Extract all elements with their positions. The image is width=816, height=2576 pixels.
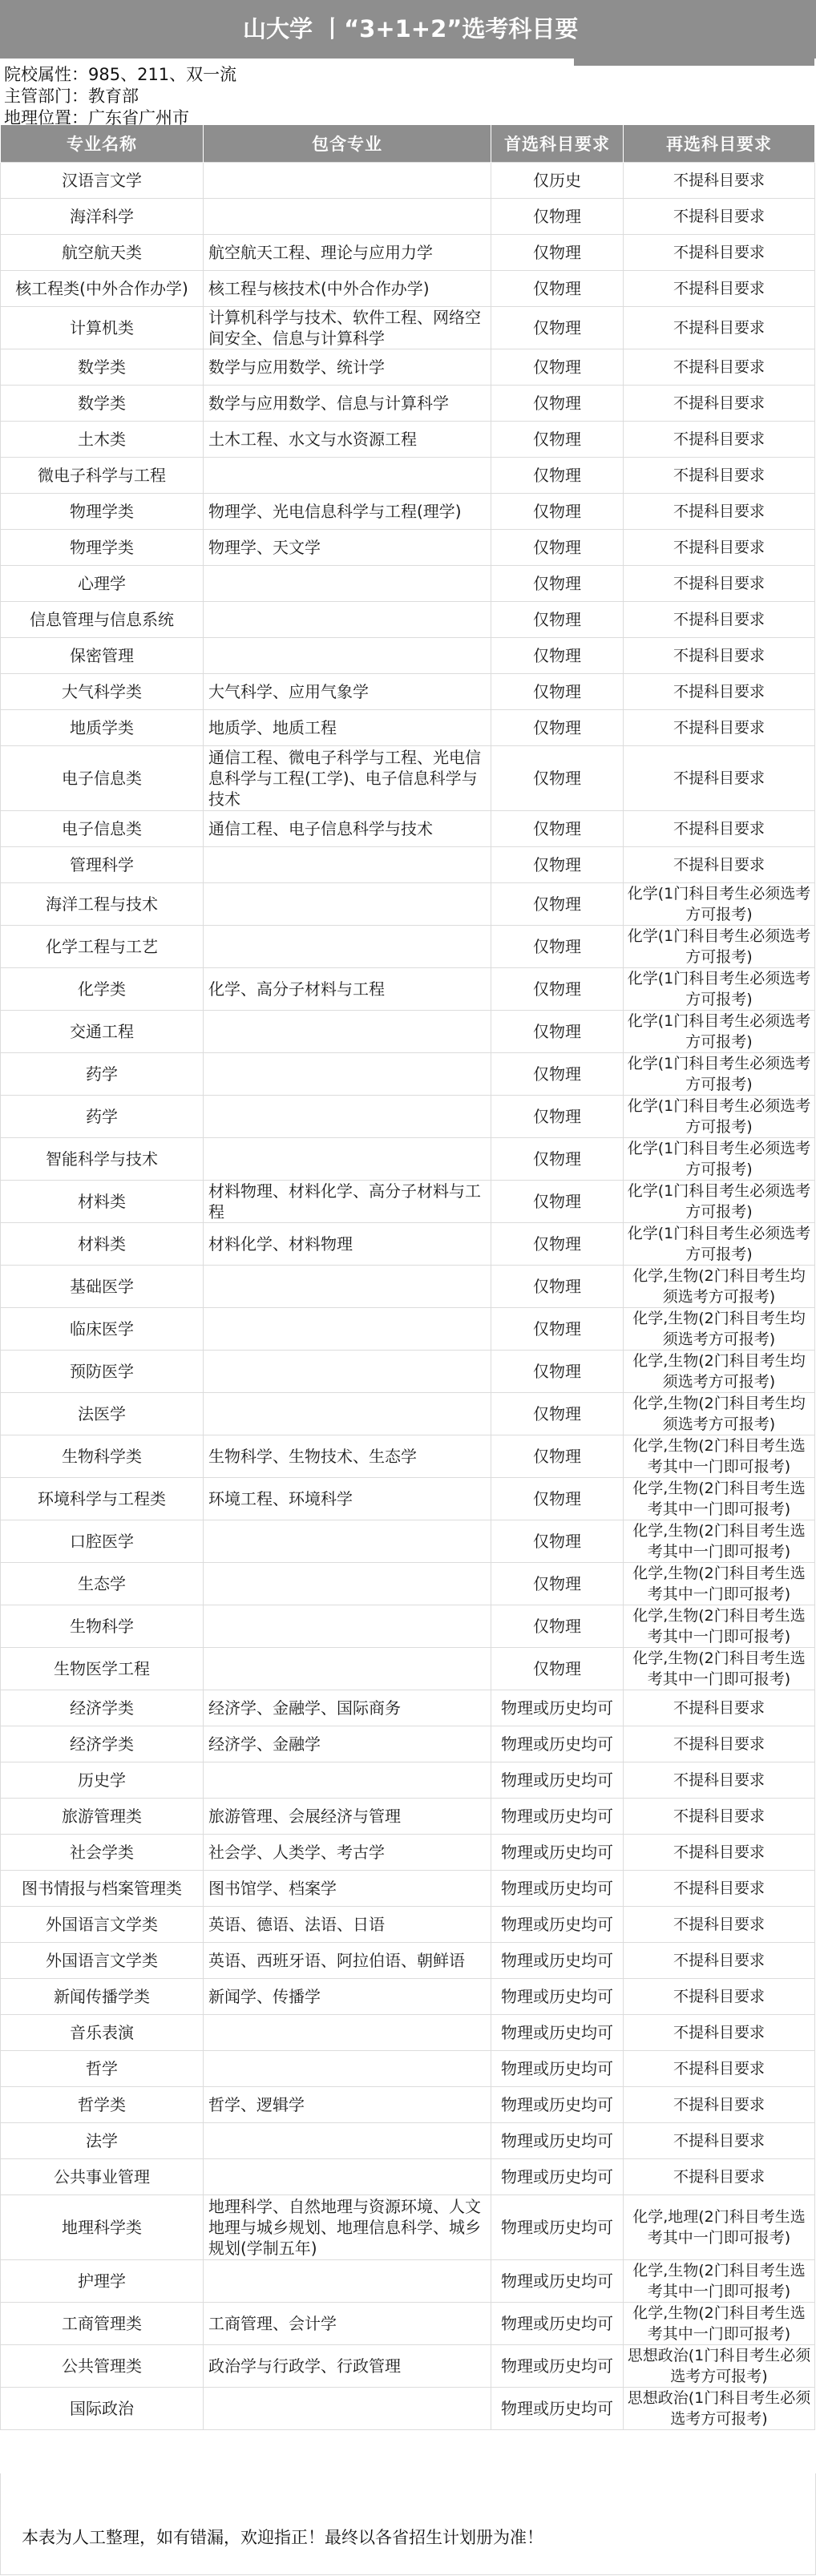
cell-first-subject: 仅物理: [491, 1563, 624, 1605]
cell-first-subject: 仅物理: [491, 1011, 624, 1053]
cell-first-subject: 仅物理: [491, 422, 624, 458]
cell-major-name: 物理学类: [1, 494, 204, 530]
cell-major-name: 音乐表演: [1, 2015, 204, 2051]
cell-major-name: 生物医学工程: [1, 1648, 204, 1690]
cell-major-name: 地理科学类: [1, 2195, 204, 2260]
table-row: 新闻传播学类新闻学、传播学物理或历史均可不提科目要求: [1, 1979, 815, 2015]
cell-included-majors: [204, 1053, 491, 1096]
table-row: 电子信息类通信工程、微电子科学与工程、光电信息科学与工程(工学)、电子信息科学与…: [1, 746, 815, 811]
cell-first-subject: 仅物理: [491, 566, 624, 602]
table-row: 环境科学与工程类环境工程、环境科学仅物理化学,生物(2门科目考生选考其中一门即可…: [1, 1478, 815, 1520]
cell-major-name: 材料类: [1, 1181, 204, 1223]
cell-first-subject: 物理或历史均可: [491, 1907, 624, 1943]
cell-first-subject: 仅物理: [491, 494, 624, 530]
cell-first-subject: 仅物理: [491, 1605, 624, 1648]
cell-major-name: 公共管理类: [1, 2345, 204, 2388]
cell-second-subject: 不提科目要求: [624, 1690, 815, 1726]
table-row: 外国语言文学类英语、西班牙语、阿拉伯语、朝鲜语物理或历史均可不提科目要求: [1, 1943, 815, 1979]
cell-included-majors: 材料物理、材料化学、高分子材料与工程: [204, 1181, 491, 1223]
cell-first-subject: 物理或历史均可: [491, 1799, 624, 1835]
cell-major-name: 生物科学类: [1, 1435, 204, 1478]
cell-first-subject: 物理或历史均可: [491, 2195, 624, 2260]
cell-second-subject: 化学,生物(2门科目考生均须选考方可报考): [624, 1393, 815, 1435]
cell-second-subject: 不提科目要求: [624, 1726, 815, 1762]
cell-major-name: 大气科学类: [1, 674, 204, 710]
cell-second-subject: 化学,生物(2门科目考生选考其中一门即可报考): [624, 1605, 815, 1648]
cell-second-subject: 不提科目要求: [624, 1762, 815, 1799]
cell-major-name: 地质学类: [1, 710, 204, 746]
cell-major-name: 生态学: [1, 1563, 204, 1605]
cell-second-subject: 不提科目要求: [624, 566, 815, 602]
cell-major-name: 经济学类: [1, 1726, 204, 1762]
cell-major-name: 临床医学: [1, 1308, 204, 1351]
cell-first-subject: 仅物理: [491, 1648, 624, 1690]
cell-major-name: 药学: [1, 1053, 204, 1096]
table-row: 物理学类物理学、光电信息科学与工程(理学)仅物理不提科目要求: [1, 494, 815, 530]
cell-first-subject: 仅物理: [491, 1308, 624, 1351]
cell-included-majors: 工商管理、会计学: [204, 2303, 491, 2345]
cell-first-subject: 物理或历史均可: [491, 1835, 624, 1871]
cell-second-subject: 化学,生物(2门科目考生选考其中一门即可报考): [624, 1648, 815, 1690]
cell-included-majors: [204, 199, 491, 235]
table-row: 地理科学类地理科学、自然地理与资源环境、人文地理与城乡规划、地理信息科学、城乡规…: [1, 2195, 815, 2260]
cell-included-majors: [204, 1605, 491, 1648]
cell-included-majors: [204, 1266, 491, 1308]
table-row: 材料类材料物理、材料化学、高分子材料与工程仅物理化学(1门科目考生必须选考方可报…: [1, 1181, 815, 1223]
cell-first-subject: 仅物理: [491, 1435, 624, 1478]
cell-first-subject: 仅物理: [491, 926, 624, 968]
cell-included-majors: 数学与应用数学、信息与计算科学: [204, 386, 491, 422]
page-title: 山大学 丨“3+1+2”选考科目要: [243, 0, 575, 59]
cell-second-subject: 化学(1门科目考生必须选考方可报考): [624, 883, 815, 926]
table-row: 计算机类计算机科学与技术、软件工程、网络空间安全、信息与计算科学仅物理不提科目要…: [1, 307, 815, 349]
cell-second-subject: 化学,生物(2门科目考生均须选考方可报考): [624, 1266, 815, 1308]
table-row: 工商管理类工商管理、会计学物理或历史均可化学,生物(2门科目考生选考其中一门即可…: [1, 2303, 815, 2345]
cell-first-subject: 仅物理: [491, 271, 624, 307]
cell-major-name: 电子信息类: [1, 746, 204, 811]
cell-second-subject: 思想政治(1门科目考生必须选考方可报考): [624, 2388, 815, 2430]
cell-included-majors: [204, 847, 491, 883]
cell-first-subject: 仅物理: [491, 1266, 624, 1308]
table-row: 物理学类物理学、天文学仅物理不提科目要求: [1, 530, 815, 566]
table-row: 哲学物理或历史均可不提科目要求: [1, 2051, 815, 2087]
table-row: 保密管理仅物理不提科目要求: [1, 638, 815, 674]
cell-first-subject: 仅物理: [491, 1138, 624, 1181]
table-row: 药学仅物理化学(1门科目考生必须选考方可报考): [1, 1096, 815, 1138]
cell-included-majors: 哲学、逻辑学: [204, 2087, 491, 2123]
cell-first-subject: 物理或历史均可: [491, 2303, 624, 2345]
cell-second-subject: 思想政治(1门科目考生必须选考方可报考): [624, 2345, 815, 2388]
cell-second-subject: 不提科目要求: [624, 2015, 815, 2051]
cell-major-name: 智能科学与技术: [1, 1138, 204, 1181]
cell-first-subject: 物理或历史均可: [491, 2087, 624, 2123]
cell-included-majors: 政治学与行政学、行政管理: [204, 2345, 491, 2388]
cell-included-majors: 通信工程、电子信息科学与技术: [204, 811, 491, 847]
table-row: 生物医学工程仅物理化学,生物(2门科目考生选考其中一门即可报考): [1, 1648, 815, 1690]
table-row: 外国语言文学类英语、德语、法语、日语物理或历史均可不提科目要求: [1, 1907, 815, 1943]
cell-included-majors: [204, 1011, 491, 1053]
header-second-subject: 再选科目要求: [624, 125, 815, 163]
cell-included-majors: [204, 602, 491, 638]
cell-major-name: 经济学类: [1, 1690, 204, 1726]
table-row: 法医学仅物理化学,生物(2门科目考生均须选考方可报考): [1, 1393, 815, 1435]
table-row: 航空航天类航空航天工程、理论与应用力学仅物理不提科目要求: [1, 235, 815, 271]
table-row: 海洋科学仅物理不提科目要求: [1, 199, 815, 235]
cell-included-majors: [204, 163, 491, 199]
cell-included-majors: 物理学、天文学: [204, 530, 491, 566]
cell-second-subject: 不提科目要求: [624, 530, 815, 566]
cell-included-majors: [204, 1138, 491, 1181]
cell-major-name: 数学类: [1, 349, 204, 386]
header-first-subject: 首选科目要求: [491, 125, 624, 163]
cell-major-name: 核工程类(中外合作办学): [1, 271, 204, 307]
cell-major-name: 工商管理类: [1, 2303, 204, 2345]
footnote-text: 本表为人工整理，如有错漏，欢迎指正！最终以各省招生计划册为准！: [22, 2525, 543, 2549]
cell-second-subject: 不提科目要求: [624, 2159, 815, 2195]
table-row: 数学类数学与应用数学、信息与计算科学仅物理不提科目要求: [1, 386, 815, 422]
cell-second-subject: 不提科目要求: [624, 235, 815, 271]
table-row: 智能科学与技术仅物理化学(1门科目考生必须选考方可报考): [1, 1138, 815, 1181]
table-row: 数学类数学与应用数学、统计学仅物理不提科目要求: [1, 349, 815, 386]
cell-second-subject: 化学,生物(2门科目考生选考其中一门即可报考): [624, 1563, 815, 1605]
cell-major-name: 土木类: [1, 422, 204, 458]
cell-second-subject: 不提科目要求: [624, 494, 815, 530]
table-row: 经济学类经济学、金融学物理或历史均可不提科目要求: [1, 1726, 815, 1762]
cell-included-majors: 旅游管理、会展经济与管理: [204, 1799, 491, 1835]
cell-included-majors: 环境工程、环境科学: [204, 1478, 491, 1520]
cell-second-subject: 化学(1门科目考生必须选考方可报考): [624, 1011, 815, 1053]
cell-included-majors: 生物科学、生物技术、生态学: [204, 1435, 491, 1478]
cell-major-name: 海洋工程与技术: [1, 883, 204, 926]
table-row: 公共事业管理物理或历史均可不提科目要求: [1, 2159, 815, 2195]
cell-second-subject: 不提科目要求: [624, 2051, 815, 2087]
cell-first-subject: 仅物理: [491, 638, 624, 674]
cell-second-subject: 不提科目要求: [624, 847, 815, 883]
cell-included-majors: 数学与应用数学、统计学: [204, 349, 491, 386]
cell-included-majors: 物理学、光电信息科学与工程(理学): [204, 494, 491, 530]
cell-second-subject: 化学,生物(2门科目考生选考其中一门即可报考): [624, 2260, 815, 2303]
table-row: 土木类土木工程、水文与水资源工程仅物理不提科目要求: [1, 422, 815, 458]
table-row: 材料类材料化学、材料物理仅物理化学(1门科目考生必须选考方可报考): [1, 1223, 815, 1266]
cell-second-subject: 不提科目要求: [624, 602, 815, 638]
cell-included-majors: [204, 458, 491, 494]
cell-first-subject: 仅物理: [491, 968, 624, 1011]
cell-major-name: 化学工程与工艺: [1, 926, 204, 968]
table-row: 临床医学仅物理化学,生物(2门科目考生均须选考方可报考): [1, 1308, 815, 1351]
cell-first-subject: 物理或历史均可: [491, 2123, 624, 2159]
cell-first-subject: 仅物理: [491, 1053, 624, 1096]
cell-included-majors: [204, 566, 491, 602]
cell-first-subject: 仅物理: [491, 883, 624, 926]
cell-first-subject: 仅物理: [491, 602, 624, 638]
table-row: 药学仅物理化学(1门科目考生必须选考方可报考): [1, 1053, 815, 1096]
cell-major-name: 法学: [1, 2123, 204, 2159]
cell-second-subject: 不提科目要求: [624, 2087, 815, 2123]
cell-first-subject: 仅物理: [491, 1393, 624, 1435]
cell-second-subject: 不提科目要求: [624, 1907, 815, 1943]
cell-second-subject: 化学,生物(2门科目考生选考其中一门即可报考): [624, 1478, 815, 1520]
table-row: 管理科学仅物理不提科目要求: [1, 847, 815, 883]
cell-second-subject: 不提科目要求: [624, 386, 815, 422]
cell-major-name: 交通工程: [1, 1011, 204, 1053]
cell-major-name: 护理学: [1, 2260, 204, 2303]
table-row: 历史学物理或历史均可不提科目要求: [1, 1762, 815, 1799]
cell-included-majors: 新闻学、传播学: [204, 1979, 491, 2015]
table-row: 音乐表演物理或历史均可不提科目要求: [1, 2015, 815, 2051]
cell-included-majors: 核工程与核技术(中外合作办学): [204, 271, 491, 307]
header-major-name: 专业名称: [1, 125, 204, 163]
cell-included-majors: [204, 1096, 491, 1138]
cell-included-majors: [204, 2123, 491, 2159]
cell-first-subject: 仅物理: [491, 307, 624, 349]
cell-second-subject: 不提科目要求: [624, 1835, 815, 1871]
cell-major-name: 新闻传播学类: [1, 1979, 204, 2015]
cell-second-subject: 不提科目要求: [624, 1943, 815, 1979]
cell-second-subject: 化学,生物(2门科目考生选考其中一门即可报考): [624, 1435, 815, 1478]
cell-second-subject: 不提科目要求: [624, 746, 815, 811]
cell-first-subject: 物理或历史均可: [491, 1871, 624, 1907]
cell-first-subject: 物理或历史均可: [491, 2260, 624, 2303]
table-row: 生物科学仅物理化学,生物(2门科目考生选考其中一门即可报考): [1, 1605, 815, 1648]
table-row: 社会学类社会学、人类学、考古学物理或历史均可不提科目要求: [1, 1835, 815, 1871]
table-row: 图书情报与档案管理类图书馆学、档案学物理或历史均可不提科目要求: [1, 1871, 815, 1907]
table-row: 公共管理类政治学与行政学、行政管理物理或历史均可思想政治(1门科目考生必须选考方…: [1, 2345, 815, 2388]
cell-major-name: 口腔医学: [1, 1520, 204, 1563]
cell-included-majors: [204, 1648, 491, 1690]
table-row: 核工程类(中外合作办学)核工程与核技术(中外合作办学)仅物理不提科目要求: [1, 271, 815, 307]
cell-second-subject: 化学,地理(2门科目考生选考其中一门即可报考): [624, 2195, 815, 2260]
info-department: 主管部门：教育部: [4, 86, 236, 107]
cell-second-subject: 化学,生物(2门科目考生均须选考方可报考): [624, 1308, 815, 1351]
cell-major-name: 图书情报与档案管理类: [1, 1871, 204, 1907]
cell-second-subject: 不提科目要求: [624, 1871, 815, 1907]
cell-major-name: 哲学: [1, 2051, 204, 2087]
table-row: 汉语言文学仅历史不提科目要求: [1, 163, 815, 199]
cell-second-subject: 不提科目要求: [624, 307, 815, 349]
cell-major-name: 旅游管理类: [1, 1799, 204, 1835]
cell-major-name: 计算机类: [1, 307, 204, 349]
cell-second-subject: 不提科目要求: [624, 1799, 815, 1835]
table-row: 口腔医学仅物理化学,生物(2门科目考生选考其中一门即可报考): [1, 1520, 815, 1563]
cell-first-subject: 仅物理: [491, 1520, 624, 1563]
cell-second-subject: 化学(1门科目考生必须选考方可报考): [624, 1223, 815, 1266]
cell-second-subject: 不提科目要求: [624, 349, 815, 386]
cell-included-majors: 计算机科学与技术、软件工程、网络空间安全、信息与计算科学: [204, 307, 491, 349]
cell-second-subject: 不提科目要求: [624, 811, 815, 847]
table-row: 护理学物理或历史均可化学,生物(2门科目考生选考其中一门即可报考): [1, 2260, 815, 2303]
cell-first-subject: 物理或历史均可: [491, 1979, 624, 2015]
cell-major-name: 微电子科学与工程: [1, 458, 204, 494]
cell-first-subject: 仅物理: [491, 530, 624, 566]
cell-second-subject: 不提科目要求: [624, 674, 815, 710]
table-row: 地质学类地质学、地质工程仅物理不提科目要求: [1, 710, 815, 746]
table-row: 生物科学类生物科学、生物技术、生态学仅物理化学,生物(2门科目考生选考其中一门即…: [1, 1435, 815, 1478]
cell-first-subject: 仅物理: [491, 199, 624, 235]
cell-first-subject: 物理或历史均可: [491, 1726, 624, 1762]
subject-requirements-table: 专业名称 包含专业 首选科目要求 再选科目要求 汉语言文学仅历史不提科目要求海洋…: [0, 125, 815, 2430]
footnote-box: 本表为人工整理，如有错漏，欢迎指正！最终以各省招生计划册为准！: [0, 2473, 816, 2575]
cell-included-majors: [204, 1308, 491, 1351]
cell-included-majors: [204, 1351, 491, 1393]
table-row: 旅游管理类旅游管理、会展经济与管理物理或历史均可不提科目要求: [1, 1799, 815, 1835]
university-info: 院校属性：985、211、双一流 主管部门：教育部 地理位置：广东省广州市: [4, 64, 236, 129]
table-row: 基础医学仅物理化学,生物(2门科目考生均须选考方可报考): [1, 1266, 815, 1308]
cell-included-majors: [204, 2051, 491, 2087]
cell-included-majors: [204, 1762, 491, 1799]
cell-second-subject: 化学,生物(2门科目考生选考其中一门即可报考): [624, 1520, 815, 1563]
table-row: 心理学仅物理不提科目要求: [1, 566, 815, 602]
table-row: 化学工程与工艺仅物理化学(1门科目考生必须选考方可报考): [1, 926, 815, 968]
cell-first-subject: 物理或历史均可: [491, 1943, 624, 1979]
cell-major-name: 化学类: [1, 968, 204, 1011]
cell-major-name: 外国语言文学类: [1, 1943, 204, 1979]
cell-included-majors: [204, 1393, 491, 1435]
title-band-right-tail: [574, 59, 814, 66]
cell-first-subject: 仅物理: [491, 811, 624, 847]
table-row: 生态学仅物理化学,生物(2门科目考生选考其中一门即可报考): [1, 1563, 815, 1605]
cell-second-subject: 化学(1门科目考生必须选考方可报考): [624, 1138, 815, 1181]
table-row: 海洋工程与技术仅物理化学(1门科目考生必须选考方可报考): [1, 883, 815, 926]
cell-included-majors: 大气科学、应用气象学: [204, 674, 491, 710]
cell-included-majors: 通信工程、微电子科学与工程、光电信息科学与工程(工学)、电子信息科学与技术: [204, 746, 491, 811]
cell-second-subject: 化学(1门科目考生必须选考方可报考): [624, 1053, 815, 1096]
cell-first-subject: 仅物理: [491, 847, 624, 883]
cell-second-subject: 化学(1门科目考生必须选考方可报考): [624, 968, 815, 1011]
cell-included-majors: 英语、德语、法语、日语: [204, 1907, 491, 1943]
cell-major-name: 航空航天类: [1, 235, 204, 271]
cell-second-subject: 不提科目要求: [624, 710, 815, 746]
cell-major-name: 生物科学: [1, 1605, 204, 1648]
cell-second-subject: 不提科目要求: [624, 458, 815, 494]
cell-major-name: 保密管理: [1, 638, 204, 674]
cell-second-subject: 不提科目要求: [624, 163, 815, 199]
cell-major-name: 社会学类: [1, 1835, 204, 1871]
title-banner: 山大学 丨“3+1+2”选考科目要: [0, 0, 816, 66]
table-row: 微电子科学与工程仅物理不提科目要求: [1, 458, 815, 494]
cell-major-name: 物理学类: [1, 530, 204, 566]
cell-major-name: 信息管理与信息系统: [1, 602, 204, 638]
table-row: 经济学类经济学、金融学、国际商务物理或历史均可不提科目要求: [1, 1690, 815, 1726]
cell-included-majors: [204, 926, 491, 968]
cell-first-subject: 仅物理: [491, 1351, 624, 1393]
cell-second-subject: 不提科目要求: [624, 2123, 815, 2159]
cell-second-subject: 化学(1门科目考生必须选考方可报考): [624, 1181, 815, 1223]
cell-first-subject: 仅物理: [491, 349, 624, 386]
cell-first-subject: 仅物理: [491, 710, 624, 746]
cell-included-majors: 地质学、地质工程: [204, 710, 491, 746]
table-row: 大气科学类大气科学、应用气象学仅物理不提科目要求: [1, 674, 815, 710]
cell-major-name: 材料类: [1, 1223, 204, 1266]
cell-first-subject: 仅物理: [491, 235, 624, 271]
cell-first-subject: 仅物理: [491, 1096, 624, 1138]
cell-major-name: 环境科学与工程类: [1, 1478, 204, 1520]
cell-included-majors: 地理科学、自然地理与资源环境、人文地理与城乡规划、地理信息科学、城乡规划(学制五…: [204, 2195, 491, 2260]
cell-major-name: 管理科学: [1, 847, 204, 883]
table-row: 预防医学仅物理化学,生物(2门科目考生均须选考方可报考): [1, 1351, 815, 1393]
table-row: 信息管理与信息系统仅物理不提科目要求: [1, 602, 815, 638]
cell-included-majors: 英语、西班牙语、阿拉伯语、朝鲜语: [204, 1943, 491, 1979]
table-row: 法学物理或历史均可不提科目要求: [1, 2123, 815, 2159]
cell-major-name: 数学类: [1, 386, 204, 422]
cell-major-name: 法医学: [1, 1393, 204, 1435]
cell-included-majors: 航空航天工程、理论与应用力学: [204, 235, 491, 271]
cell-second-subject: 不提科目要求: [624, 1979, 815, 2015]
cell-major-name: 哲学类: [1, 2087, 204, 2123]
cell-first-subject: 仅物理: [491, 1478, 624, 1520]
table-row: 化学类化学、高分子材料与工程仅物理化学(1门科目考生必须选考方可报考): [1, 968, 815, 1011]
cell-first-subject: 仅物理: [491, 458, 624, 494]
cell-included-majors: 化学、高分子材料与工程: [204, 968, 491, 1011]
cell-included-majors: 图书馆学、档案学: [204, 1871, 491, 1907]
cell-first-subject: 仅物理: [491, 746, 624, 811]
cell-included-majors: 经济学、金融学: [204, 1726, 491, 1762]
cell-included-majors: [204, 638, 491, 674]
table-row: 哲学类哲学、逻辑学物理或历史均可不提科目要求: [1, 2087, 815, 2123]
cell-included-majors: [204, 1520, 491, 1563]
cell-included-majors: 经济学、金融学、国际商务: [204, 1690, 491, 1726]
cell-included-majors: 材料化学、材料物理: [204, 1223, 491, 1266]
cell-included-majors: 土木工程、水文与水资源工程: [204, 422, 491, 458]
cell-second-subject: 不提科目要求: [624, 422, 815, 458]
cell-major-name: 国际政治: [1, 2388, 204, 2430]
cell-first-subject: 仅物理: [491, 674, 624, 710]
cell-included-majors: [204, 2388, 491, 2430]
cell-first-subject: 物理或历史均可: [491, 2051, 624, 2087]
cell-major-name: 预防医学: [1, 1351, 204, 1393]
cell-included-majors: [204, 2260, 491, 2303]
cell-major-name: 心理学: [1, 566, 204, 602]
cell-included-majors: [204, 883, 491, 926]
cell-included-majors: 社会学、人类学、考古学: [204, 1835, 491, 1871]
cell-major-name: 基础医学: [1, 1266, 204, 1308]
table-row: 国际政治物理或历史均可思想政治(1门科目考生必须选考方可报考): [1, 2388, 815, 2430]
info-attributes: 院校属性：985、211、双一流: [4, 64, 236, 86]
cell-first-subject: 仅历史: [491, 163, 624, 199]
table-row: 交通工程仅物理化学(1门科目考生必须选考方可报考): [1, 1011, 815, 1053]
cell-major-name: 药学: [1, 1096, 204, 1138]
cell-first-subject: 物理或历史均可: [491, 2159, 624, 2195]
cell-first-subject: 物理或历史均可: [491, 2015, 624, 2051]
cell-major-name: 外国语言文学类: [1, 1907, 204, 1943]
table-body: 汉语言文学仅历史不提科目要求海洋科学仅物理不提科目要求航空航天类航空航天工程、理…: [1, 163, 815, 2430]
table-header-row: 专业名称 包含专业 首选科目要求 再选科目要求: [1, 125, 815, 163]
header-included-majors: 包含专业: [204, 125, 491, 163]
cell-second-subject: 不提科目要求: [624, 271, 815, 307]
cell-first-subject: 物理或历史均可: [491, 2388, 624, 2430]
cell-major-name: 公共事业管理: [1, 2159, 204, 2195]
cell-major-name: 汉语言文学: [1, 163, 204, 199]
cell-first-subject: 物理或历史均可: [491, 1690, 624, 1726]
cell-second-subject: 化学,生物(2门科目考生选考其中一门即可报考): [624, 2303, 815, 2345]
cell-included-majors: [204, 2159, 491, 2195]
cell-second-subject: 不提科目要求: [624, 638, 815, 674]
cell-second-subject: 化学(1门科目考生必须选考方可报考): [624, 1096, 815, 1138]
cell-first-subject: 物理或历史均可: [491, 1762, 624, 1799]
cell-second-subject: 化学,生物(2门科目考生均须选考方可报考): [624, 1351, 815, 1393]
cell-included-majors: [204, 1563, 491, 1605]
table-row: 电子信息类通信工程、电子信息科学与技术仅物理不提科目要求: [1, 811, 815, 847]
cell-included-majors: [204, 2015, 491, 2051]
cell-major-name: 海洋科学: [1, 199, 204, 235]
cell-first-subject: 物理或历史均可: [491, 2345, 624, 2388]
cell-major-name: 电子信息类: [1, 811, 204, 847]
cell-major-name: 历史学: [1, 1762, 204, 1799]
cell-second-subject: 化学(1门科目考生必须选考方可报考): [624, 926, 815, 968]
cell-first-subject: 仅物理: [491, 1181, 624, 1223]
cell-first-subject: 仅物理: [491, 1223, 624, 1266]
cell-first-subject: 仅物理: [491, 386, 624, 422]
cell-second-subject: 不提科目要求: [624, 199, 815, 235]
